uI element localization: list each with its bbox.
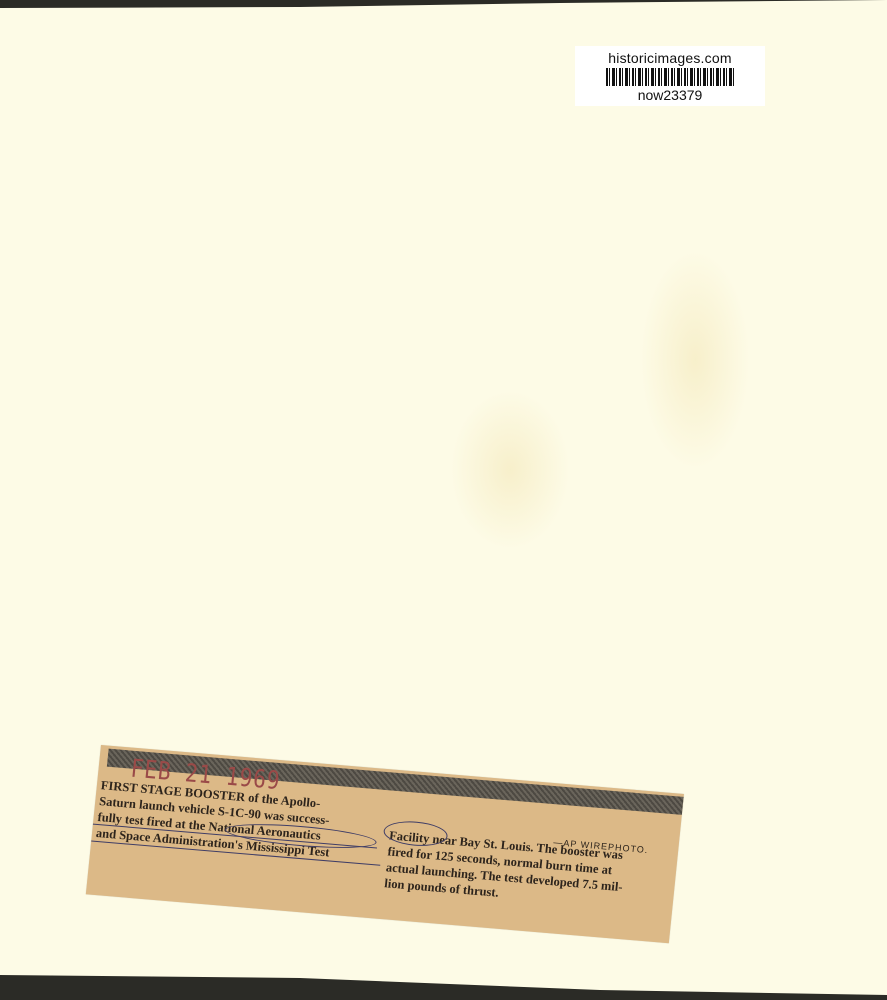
barcode-icon	[606, 68, 734, 86]
sticker-site: historicimages.com	[575, 50, 765, 66]
paper-stain	[450, 390, 570, 550]
photo-back-paper: historicimages.com now23379 FEB 21 1969 …	[0, 0, 887, 1000]
newspaper-clipping: FEB 21 1969 FIRST STAGE BOOSTER of the A…	[86, 745, 684, 943]
archive-sticker: historicimages.com now23379	[575, 46, 765, 106]
paper-stain	[640, 250, 750, 470]
sticker-code: now23379	[575, 87, 765, 103]
caption-left-column: FIRST STAGE BOOSTER of the Apollo- Satur…	[95, 777, 335, 860]
